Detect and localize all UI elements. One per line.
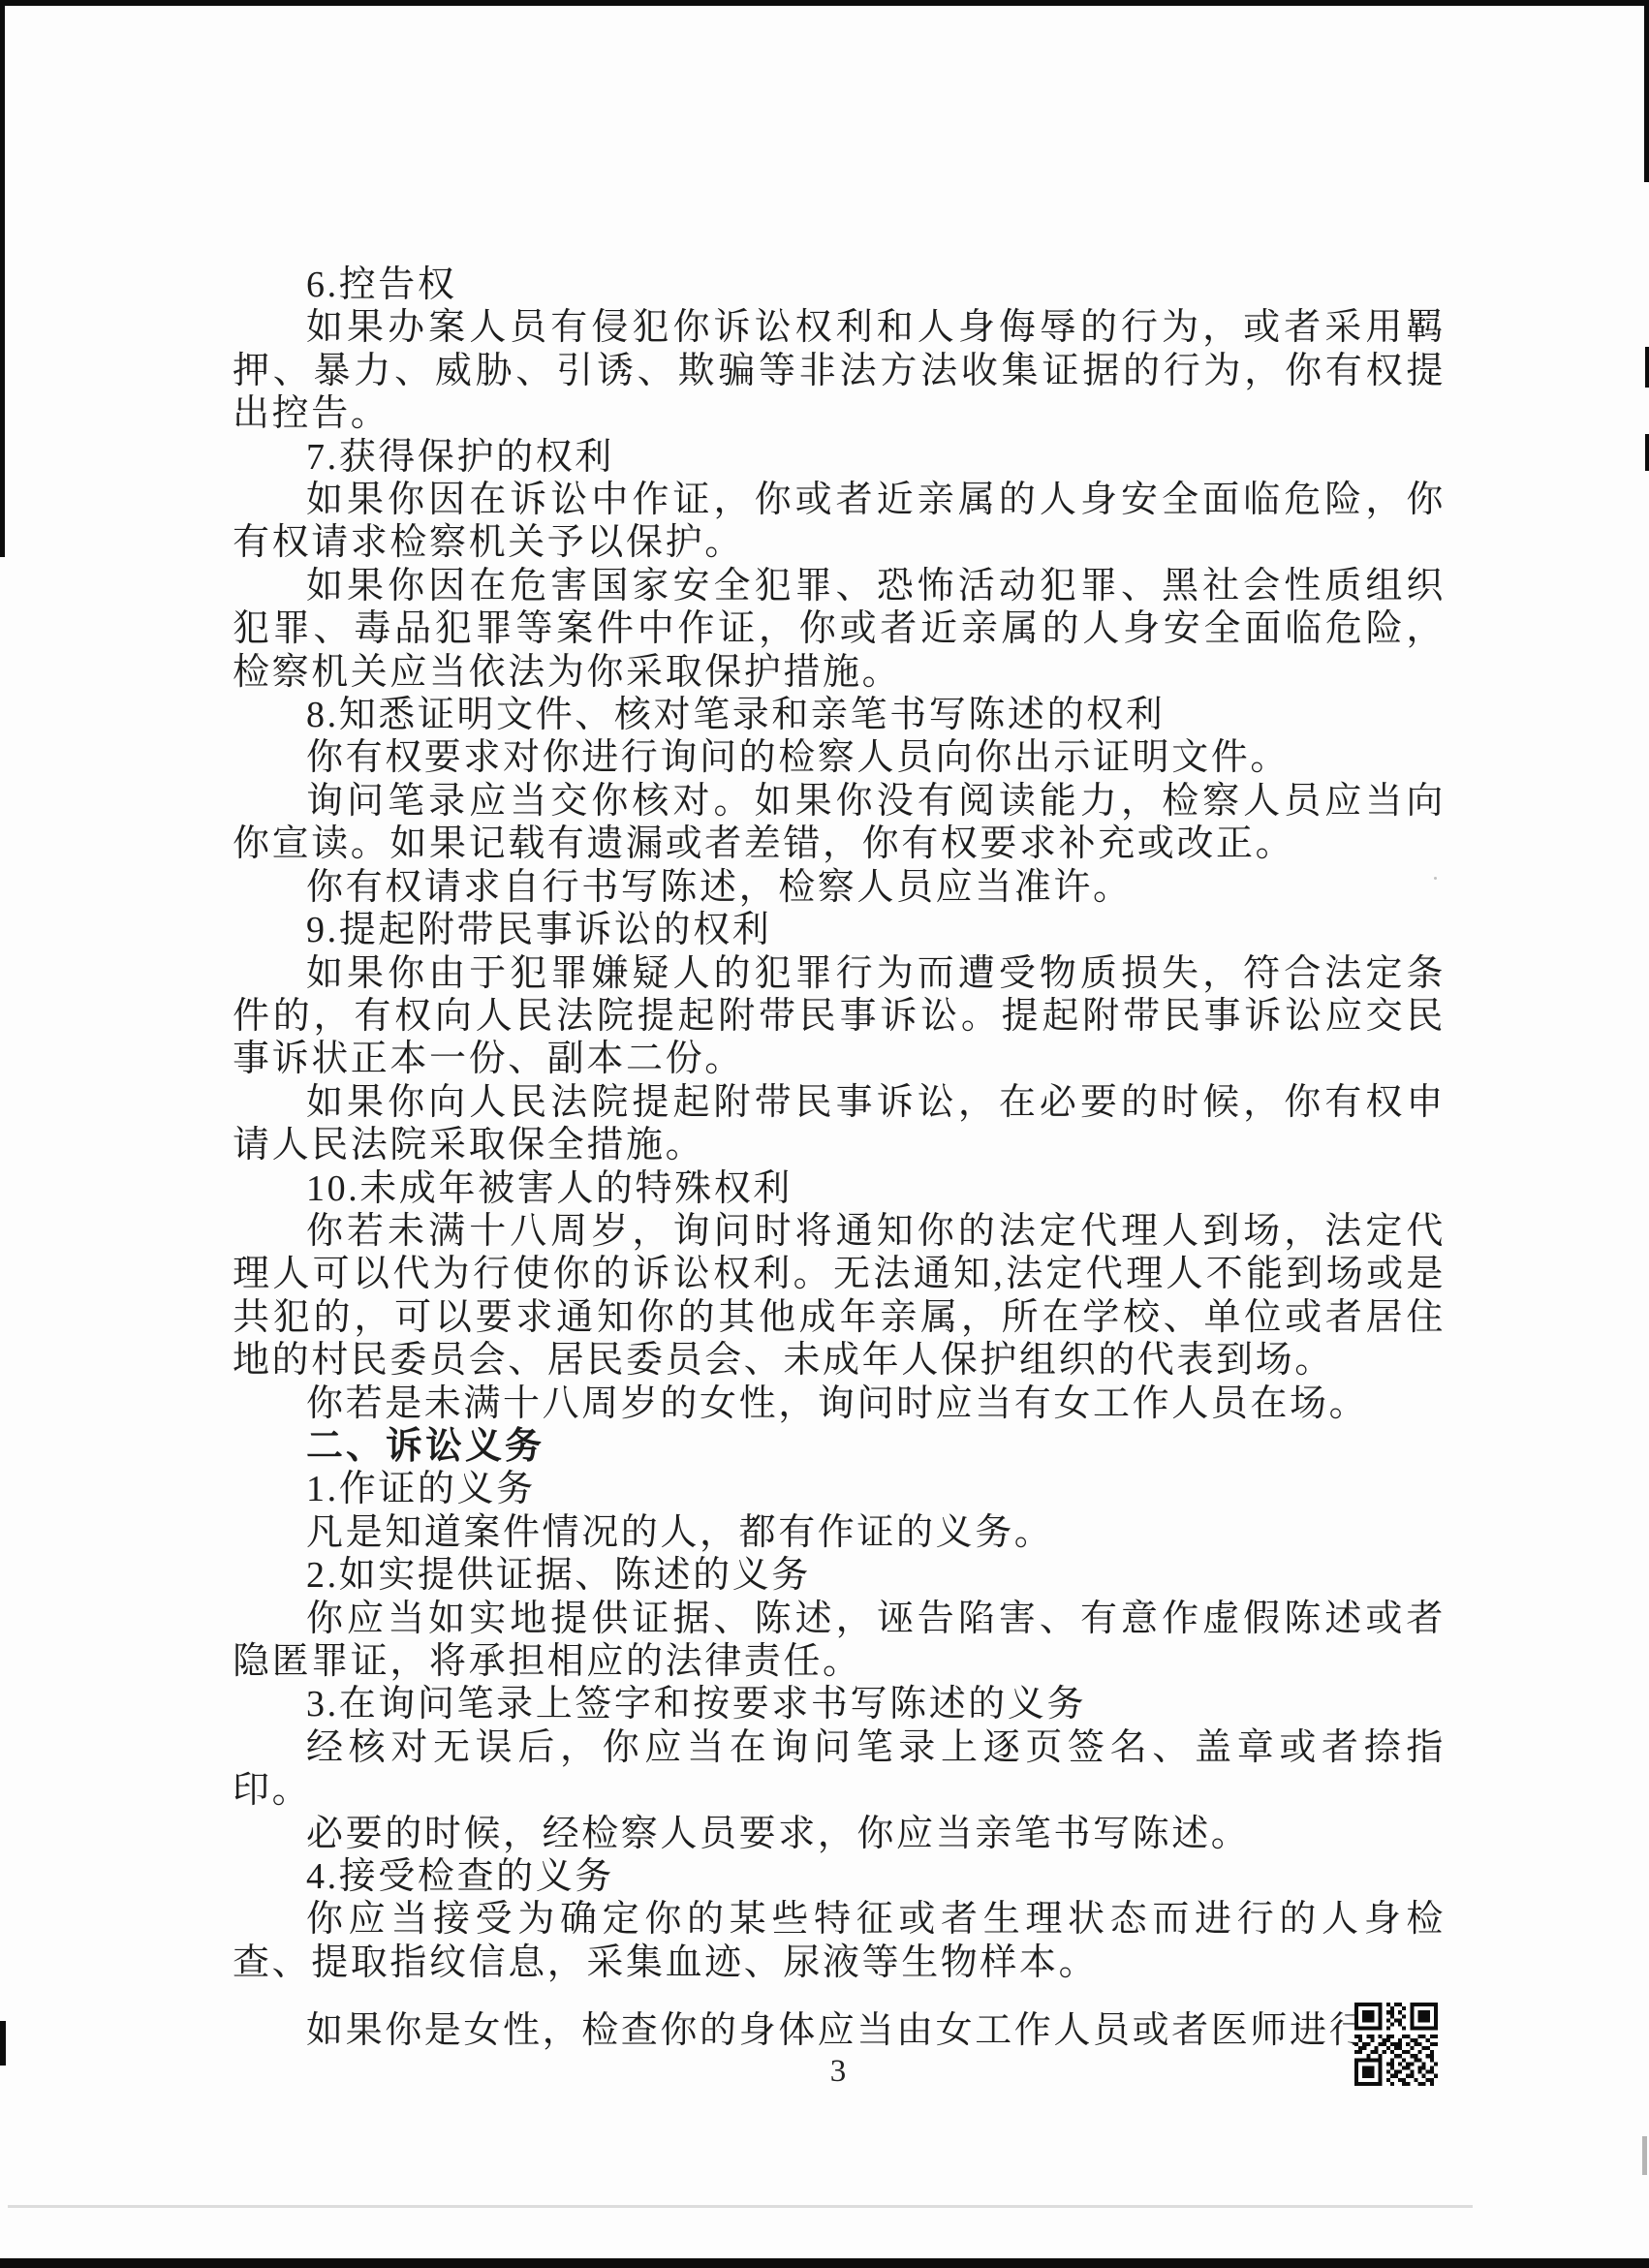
body-paragraph: 如果你向人民法院提起附带民事诉讼，在必要的时候，你有权申请人民法院采取保全措施。 — [233, 1081, 1446, 1167]
scan-edge-right-dash — [1645, 347, 1649, 388]
qr-code-icon — [1354, 2003, 1438, 2086]
body-paragraph: 如果你是女性，检查你的身体应当由女工作人员或者医师进行。 — [233, 2009, 1446, 2052]
body-paragraph: 你有权要求对你进行询问的检察人员向你出示证明文件。 — [233, 736, 1446, 779]
heading-duty-1: 1.作证的义务 — [233, 1468, 1446, 1510]
scan-edge-left — [0, 0, 5, 557]
body-paragraph: 凡是知道案件情况的人，都有作证的义务。 — [233, 1511, 1446, 1554]
scanned-document-page: 6.控告权 如果办案人员有侵犯你诉讼权利和人身侮辱的行为，或者采用羁押、暴力、威… — [0, 0, 1649, 2268]
scan-edge-top — [0, 0, 1649, 6]
scan-edge-right-dash — [1645, 434, 1649, 471]
scan-edge-left-tick — [0, 2021, 6, 2066]
body-paragraph: 你应当接受为确定你的某些特征或者生理状态而进行的人身检查、提取指纹信息，采集血迹… — [233, 1898, 1446, 1984]
body-paragraph: 如果办案人员有侵犯你诉讼权利和人身侮辱的行为，或者采用羁押、暴力、威胁、引诱、欺… — [233, 306, 1446, 435]
heading-duty-4: 4.接受检查的义务 — [233, 1855, 1446, 1898]
body-paragraph: 如果你因在危害国家安全犯罪、恐怖活动犯罪、黑社会性质组织犯罪、毒品犯罪等案件中作… — [233, 565, 1446, 694]
scan-edge-right — [1644, 0, 1649, 182]
heading-right-7: 7.获得保护的权利 — [233, 436, 1446, 479]
body-paragraph: 必要的时候，经检察人员要求，你应当亲笔书写陈述。 — [233, 1813, 1446, 1855]
section-heading-duties: 二、诉讼义务 — [233, 1425, 1446, 1468]
body-paragraph: 你应当如实地提供证据、陈述，诬告陷害、有意作虚假陈述或者隐匿罪证，将承担相应的法… — [233, 1598, 1446, 1684]
heading-right-9: 9.提起附带民事诉讼的权利 — [233, 909, 1446, 951]
document-text-block: 6.控告权 如果办案人员有侵犯你诉讼权利和人身侮辱的行为，或者采用羁押、暴力、威… — [233, 264, 1446, 2053]
body-paragraph: 你若是未满十八周岁的女性，询问时应当有女工作人员在场。 — [233, 1383, 1446, 1425]
scan-fold-line — [8, 2205, 1473, 2208]
scan-edge-right-smudge — [1642, 2136, 1647, 2175]
heading-right-8: 8.知悉证明文件、核对笔录和亲笔书写陈述的权利 — [233, 694, 1446, 736]
heading-right-6: 6.控告权 — [233, 264, 1446, 306]
page-number: 3 — [819, 2054, 857, 2090]
body-paragraph: 询问笔录应当交你核对。如果你没有阅读能力，检察人员应当向你宣读。如果记载有遗漏或… — [233, 780, 1446, 866]
body-paragraph: 经核对无误后，你应当在询问笔录上逐页签名、盖章或者捺指印。 — [233, 1726, 1446, 1813]
body-paragraph: 如果你由于犯罪嫌疑人的犯罪行为而遭受物质损失，符合法定条件的，有权向人民法院提起… — [233, 952, 1446, 1081]
heading-duty-3: 3.在询问笔录上签字和按要求书写陈述的义务 — [233, 1683, 1446, 1725]
body-paragraph: 如果你因在诉讼中作证，你或者近亲属的人身安全面临危险，你有权请求检察机关予以保护… — [233, 479, 1446, 565]
heading-right-10: 10.未成年被害人的特殊权利 — [233, 1167, 1446, 1210]
scan-edge-bottom — [0, 2258, 1649, 2268]
heading-duty-2: 2.如实提供证据、陈述的义务 — [233, 1554, 1446, 1597]
body-paragraph: 你有权请求自行书写陈述，检察人员应当准许。 — [233, 866, 1446, 909]
body-paragraph: 你若未满十八周岁，询问时将通知你的法定代理人到场，法定代理人可以代为行使你的诉讼… — [233, 1210, 1446, 1383]
